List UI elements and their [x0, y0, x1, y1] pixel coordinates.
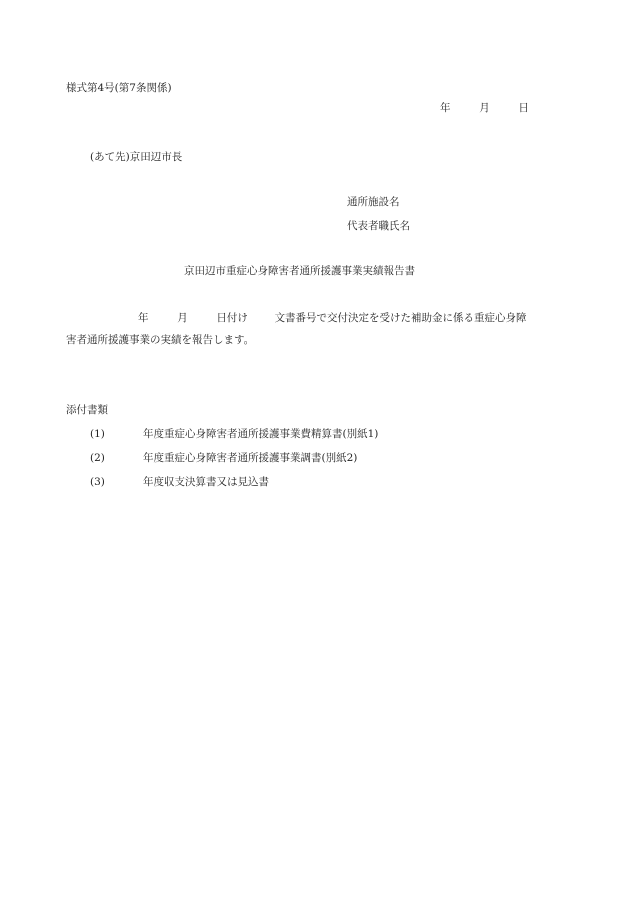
body-text-rest: 文書番号で交付決定を受けた補助金に係る重症心身障 — [275, 311, 527, 325]
attachment-text-3: 年度収支決算書又は見込書 — [143, 475, 269, 489]
attachment-text-1: 年度重症心身障害者通所援護事業費精算書(別紙1) — [143, 427, 378, 441]
attachment-text-2: 年度重症心身障害者通所援護事業調書(別紙2) — [143, 451, 357, 465]
attachment-num-2: (2) — [90, 451, 105, 465]
body-year: 年 — [138, 311, 149, 325]
body-line-1: 年 月 日付け 文書番号で交付決定を受けた補助金に係る重症心身障 — [138, 311, 527, 325]
attachments-heading: 添付書類 — [66, 403, 108, 417]
form-number: 様式第4号(第7条関係) — [66, 81, 172, 95]
date-year: 年 — [440, 101, 451, 115]
attachment-num-3: (3) — [90, 475, 105, 489]
body-line-2: 害者通所援護事業の実績を報告します。 — [66, 333, 254, 347]
representative-label: 代表者職氏名 — [347, 219, 410, 233]
facility-name-label: 通所施設名 — [347, 195, 400, 209]
attachment-num-1: (1) — [90, 427, 105, 441]
date-line: 年 月 日 — [440, 101, 529, 115]
body-day: 日付け — [216, 311, 248, 325]
body-month: 月 — [177, 311, 188, 325]
document-title: 京田辺市重症心身障害者通所援護事業実績報告書 — [184, 264, 415, 278]
date-month: 月 — [479, 101, 490, 115]
addressee: (あて先)京田辺市長 — [90, 150, 182, 164]
date-day: 日 — [518, 101, 529, 115]
